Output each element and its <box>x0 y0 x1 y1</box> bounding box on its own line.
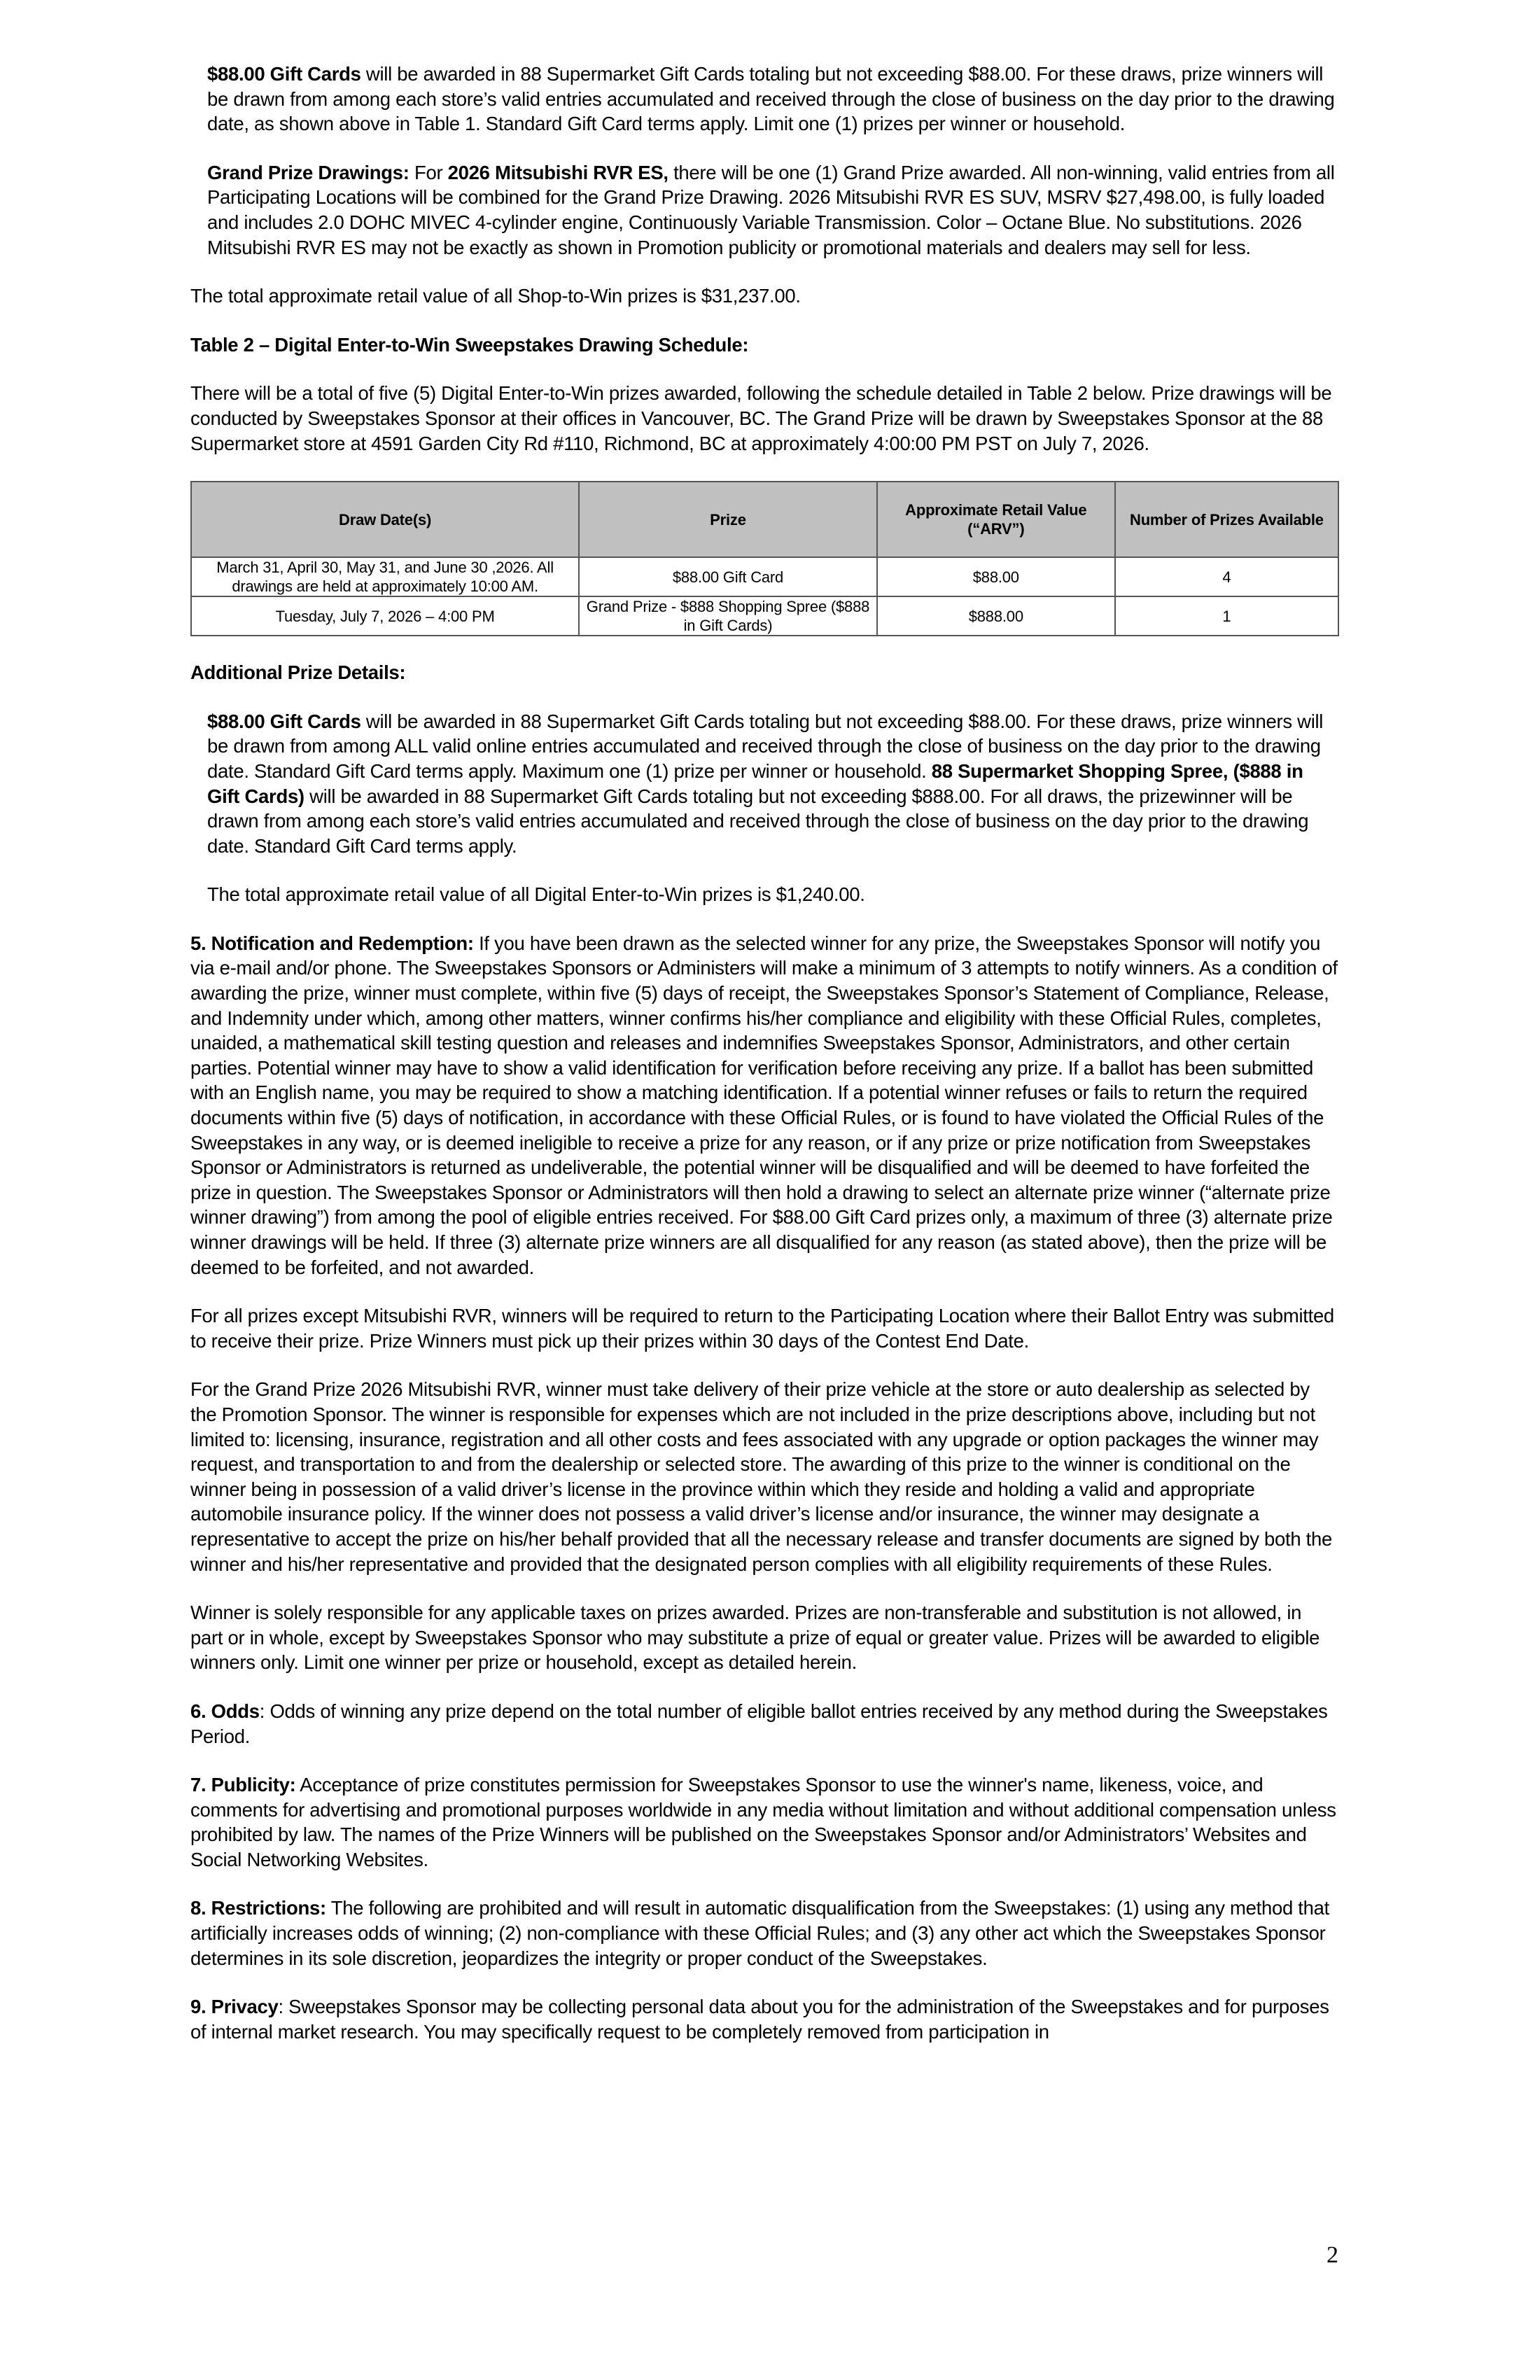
cell-prize: Grand Prize - $888 Shopping Spree ($888 … <box>579 596 877 636</box>
header-prize: Prize <box>579 482 877 557</box>
paragraph-gift-cards-shop: $88.00 Gift Cards will be awarded in 88 … <box>190 62 1338 136</box>
section-privacy: 9. Privacy: Sweepstakes Sponsor may be c… <box>190 1994 1338 2044</box>
cell-arv: $888.00 <box>877 596 1115 636</box>
header-draw-dates: Draw Date(s) <box>191 482 579 557</box>
paragraph-vehicle-delivery: For the Grand Prize 2026 Mitsubishi RVR,… <box>190 1377 1338 1576</box>
shop-to-win-total: The total approximate retail value of al… <box>190 283 1338 309</box>
header-arv: Approximate Retail Value (“ARV”) <box>877 482 1115 557</box>
vehicle-name: 2026 Mitsubishi RVR ES, <box>448 162 668 183</box>
cell-arv: $88.00 <box>877 557 1115 596</box>
grand-prize-label: Grand Prize Drawings: <box>207 162 409 183</box>
table-row: Tuesday, July 7, 2026 – 4:00 PM Grand Pr… <box>191 596 1338 636</box>
table-row: March 31, April 30, May 31, and June 30 … <box>191 557 1338 596</box>
section-odds: 6. Odds: Odds of winning any prize depen… <box>190 1699 1338 1749</box>
cell-draw-dates: March 31, April 30, May 31, and June 30 … <box>191 557 579 596</box>
paragraph-prize-pickup: For all prizes except Mitsubishi RVR, wi… <box>190 1303 1338 1353</box>
drawing-schedule-table: Draw Date(s) Prize Approximate Retail Va… <box>190 481 1339 636</box>
gift-cards-label: $88.00 Gift Cards <box>207 63 361 85</box>
paragraph-gift-cards-digital: $88.00 Gift Cards will be awarded in 88 … <box>190 709 1338 859</box>
cell-draw-dates: Tuesday, July 7, 2026 – 4:00 PM <box>191 596 579 636</box>
paragraph-taxes: Winner is solely responsible for any app… <box>190 1600 1338 1675</box>
cell-count: 1 <box>1115 596 1338 636</box>
section-publicity: 7. Publicity: Acceptance of prize consti… <box>190 1772 1338 1872</box>
additional-prize-details-heading: Additional Prize Details: <box>190 660 1338 685</box>
section-notification-redemption: 5. Notification and Redemption: If you h… <box>190 931 1338 1280</box>
document-page: $88.00 Gift Cards will be awarded in 88 … <box>190 62 1338 2044</box>
paragraph-grand-prize: Grand Prize Drawings: For 2026 Mitsubish… <box>190 160 1338 260</box>
header-number-of-prizes: Number of Prizes Available <box>1115 482 1338 557</box>
section-restrictions: 8. Restrictions: The following are prohi… <box>190 1896 1338 1970</box>
cell-count: 4 <box>1115 557 1338 596</box>
digital-enter-to-win-total: The total approximate retail value of al… <box>190 882 1338 907</box>
table2-intro: There will be a total of five (5) Digita… <box>190 381 1338 456</box>
page-number: 2 <box>1326 2242 1338 2269</box>
table2-heading: Table 2 – Digital Enter-to-Win Sweepstak… <box>190 332 1338 358</box>
cell-prize: $88.00 Gift Card <box>579 557 877 596</box>
table-header-row: Draw Date(s) Prize Approximate Retail Va… <box>191 482 1338 557</box>
